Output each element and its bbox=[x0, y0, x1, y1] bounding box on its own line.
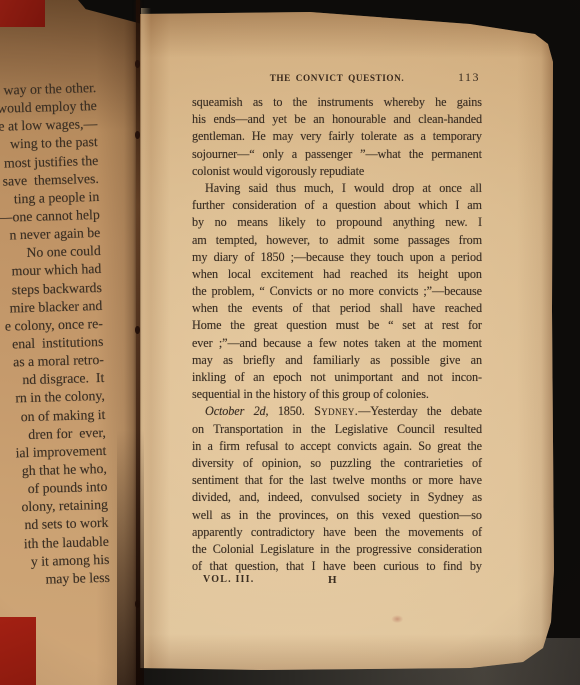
text-line: theColonialLegislatureintheprogressiveco… bbox=[192, 541, 482, 558]
volume-label: VOL. III. bbox=[203, 574, 254, 585]
left-page-text: way or the other.would employ thee at lo… bbox=[0, 79, 110, 593]
text-line: theproblem,“Convictsornomoreconvicts;”—b… bbox=[192, 283, 482, 300]
text-line: onTransportationintheLegislativeCouncilr… bbox=[192, 421, 482, 438]
right-page-text: squeamishastotheinstrumentswherebyhegain… bbox=[192, 94, 482, 575]
text-line: wellasintheprovinces,onthisvexedquestion… bbox=[192, 507, 482, 524]
text-line: mayasbrieflyandfamiliarlyaspossiblegivea… bbox=[192, 352, 482, 369]
text-line: ever;”—andbecauseafewnotestakenatthemome… bbox=[192, 335, 482, 352]
cover-corner-bottom-left bbox=[0, 617, 36, 685]
text-line: whenlocalexcitementhadreacheditsheightup… bbox=[192, 266, 482, 283]
text-line: amtempted,however,toadmitsomepassagesfro… bbox=[192, 232, 482, 249]
text-line: diversityofopinion,sopuzzlingthecontrari… bbox=[192, 455, 482, 472]
binding-stitch bbox=[135, 60, 140, 68]
text-line: colonist would vigorously repudiate bbox=[192, 163, 482, 180]
text-line: bynomeanslikelytopropoundanythingnew.I bbox=[192, 214, 482, 231]
gutter-shadow bbox=[117, 430, 144, 685]
text-line: inafirmrefusaltoacceptconvictsagain.Sogr… bbox=[192, 438, 482, 455]
book-photo: way or the other.would employ thee at lo… bbox=[0, 0, 580, 685]
text-line: gentleman.Hemayveryfairlytolerateasatemp… bbox=[192, 128, 482, 145]
text-line: ofthatquestion,thatIhavebeencurioustofin… bbox=[192, 558, 482, 575]
text-line: mydiaryof1850;—becausetheytouchuponaperi… bbox=[192, 249, 482, 266]
text-line: Homethegreatquestionmustbe“setatrestfor bbox=[192, 317, 482, 334]
binding-stitch bbox=[135, 131, 140, 139]
page-number: 113 bbox=[458, 70, 480, 85]
cover-corner-top-left bbox=[0, 0, 45, 27]
text-line: inklingofanepochnotunimportantandnotinco… bbox=[192, 369, 482, 386]
text-line: apparentlycontradictoryhavebeenthemoveme… bbox=[192, 524, 482, 541]
text-line: divided,and,indeed,convulsedsocietyinSyd… bbox=[192, 489, 482, 506]
text-line: hisends—andyetbeanhonourableandclean-han… bbox=[192, 111, 482, 128]
text-line: October2d,1850.Sydney.—Yesterdaythedebat… bbox=[192, 403, 482, 420]
text-line: sentimentthatforthelasttwelvemonthsormor… bbox=[192, 472, 482, 489]
text-line: sequential in the history of this group … bbox=[192, 386, 482, 403]
signature-mark: H bbox=[328, 574, 337, 586]
running-header-title: THE CONVICT QUESTION. bbox=[192, 70, 482, 86]
text-line: whentheeventsofthatperiodshallhavereache… bbox=[192, 300, 482, 317]
text-line: sojourner—“onlyapassenger”—whattheperman… bbox=[192, 146, 482, 163]
running-header: THE CONVICT QUESTION. 113 bbox=[192, 70, 482, 86]
left-text-line: may be less bbox=[0, 569, 110, 594]
text-line: squeamishastotheinstrumentswherebyhegain… bbox=[192, 94, 482, 111]
text-line: Havingsaidthusmuch,Iwoulddropatonceall bbox=[192, 180, 482, 197]
binding-stitch bbox=[135, 326, 140, 334]
right-page: THE CONVICT QUESTION. 113 squeamishastot… bbox=[140, 10, 555, 672]
text-line: furtherconsiderationofaquestionaboutwhic… bbox=[192, 197, 482, 214]
